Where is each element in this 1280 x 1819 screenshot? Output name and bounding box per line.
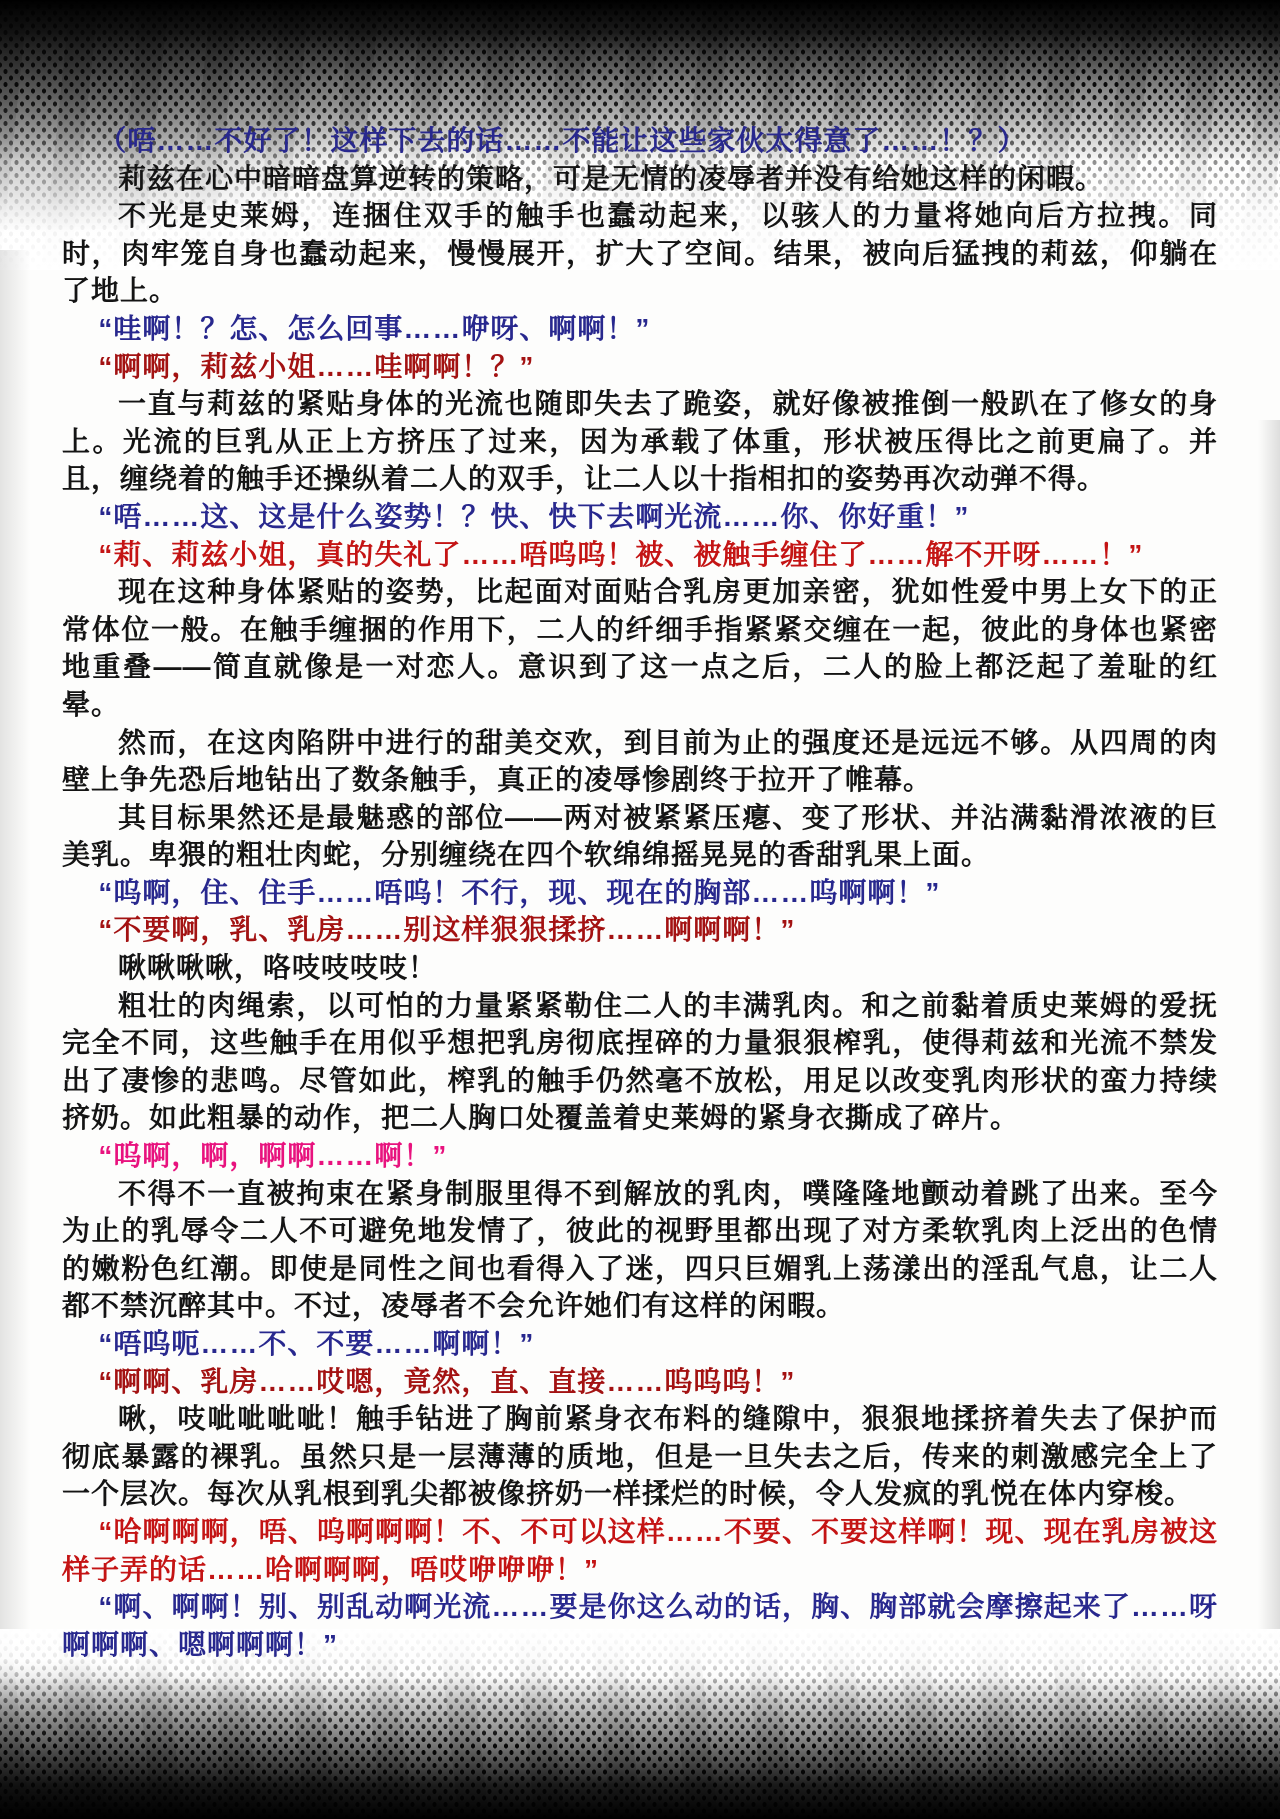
page-edge-shading-left [0, 250, 30, 1639]
narration-paragraph: 现在这种身体紧贴的姿势，比起面对面贴合乳房更加亲密，犹如性爱中男上女下的正常体位… [62, 573, 1218, 723]
dialogue-hikaru: “不要啊，乳、乳房……别这样狠狠揉挤……啊啊啊！” [62, 911, 1218, 949]
page-edge-shading-right [1258, 420, 1280, 1639]
dialogue-hikaru: “莉、莉兹小姐，真的失礼了……唔呜呜！被、被触手缠住了……解不开呀……！” [62, 536, 1218, 574]
dialogue-liz: “呜啊，住、住手……唔呜！不行，现、现在的胸部……呜啊啊！” [62, 874, 1218, 912]
sfx-line: 啾啾啾啾，咯吱吱吱吱！ [62, 949, 1218, 987]
dialogue-liz: “哇啊！？怎、怎么回事……咿呀、啊啊！” [62, 310, 1218, 348]
thought-line-liz: （唔……不好了！这样下去的话……不能让这些家伙太得意了……！？） [62, 122, 1218, 160]
narration-paragraph: 然而，在这肉陷阱中进行的甜美交欢，到目前为止的强度还是远远不够。从四周的肉壁上争… [62, 724, 1218, 799]
dialogue-liz: “唔……这、这是什么姿势！？快、快下去啊光流……你、你好重！” [62, 498, 1218, 536]
dialogue-hikaru: “啊啊、乳房……哎嗯，竟然，直、直接……呜呜呜！” [62, 1363, 1218, 1401]
narration-paragraph: 其目标果然还是最魅惑的部位——两对被紧紧压瘪、变了形状、并沾满黏滑浓液的巨美乳。… [62, 799, 1218, 874]
dialogue-scream: “呜啊，啊，啊啊……啊！” [62, 1137, 1218, 1175]
narration-paragraph: 一直与莉兹的紧贴身体的光流也随即失去了跪姿，就好像被推倒一般趴在了修女的身上。光… [62, 385, 1218, 498]
narration-paragraph: 粗壮的肉绳索，以可怕的力量紧紧勒住二人的丰满乳肉。和之前黏着质史莱姆的爱抚完全不… [62, 987, 1218, 1137]
dialogue-hikaru: “哈啊啊啊，唔、呜啊啊啊！不、不可以这样……不要、不要这样啊！现、现在乳房被这样… [62, 1513, 1218, 1588]
narration-paragraph: 莉兹在心中暗暗盘算逆转的策略，可是无情的凌辱者并没有给她这样的闲暇。 [62, 160, 1218, 198]
narration-paragraph: 啾，吱呲呲呲呲！触手钻进了胸前紧身衣布料的缝隙中，狠狠地揉挤着失去了保护而彻底暴… [62, 1400, 1218, 1513]
dialogue-hikaru: “啊啊，莉兹小姐……哇啊啊！？” [62, 348, 1218, 386]
novel-page: （唔……不好了！这样下去的话……不能让这些家伙太得意了……！？） 莉兹在心中暗暗… [0, 0, 1280, 1819]
novel-text-block: （唔……不好了！这样下去的话……不能让这些家伙太得意了……！？） 莉兹在心中暗暗… [62, 122, 1218, 1663]
narration-paragraph: 不得不一直被拘束在紧身制服里得不到解放的乳肉，噗隆隆地颤动着跳了出来。至今为止的… [62, 1175, 1218, 1325]
dialogue-liz: “唔呜呃……不、不要……啊啊！” [62, 1325, 1218, 1363]
narration-paragraph: 不光是史莱姆，连捆住双手的触手也蠢动起来，以骇人的力量将她向后方拉拽。同时，肉牢… [62, 197, 1218, 310]
dialogue-liz: “啊、啊啊！别、别乱动啊光流……要是你这么动的话，胸、胸部就会摩擦起来了……呀啊… [62, 1588, 1218, 1663]
